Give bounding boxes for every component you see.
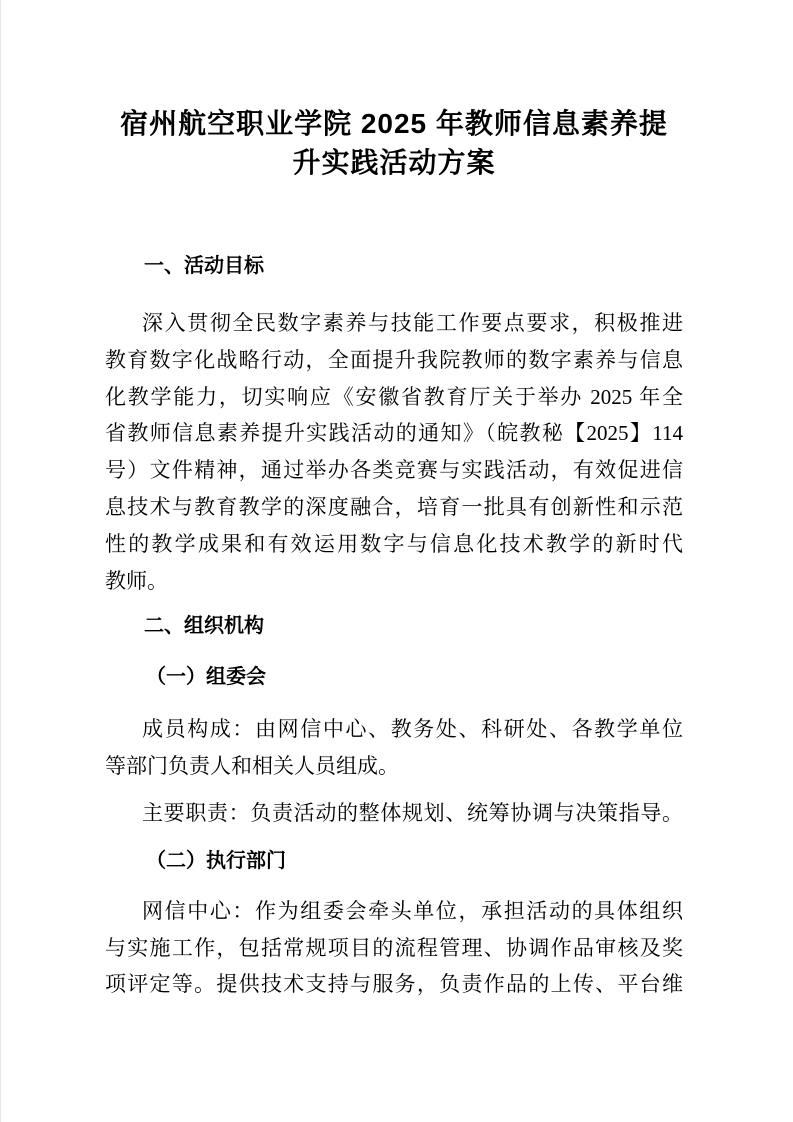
paragraph-line: 与实施工作，包括常规项目的流程管理、协调作品审核及奖 (105, 930, 683, 967)
paragraph-line: 性的教学成果和有效运用数字与信息化技术教学的新时代 (105, 526, 683, 563)
document-title-line-1: 宿州航空职业学院 2025 年教师信息素养提 (105, 104, 683, 143)
paragraph-executive-department: 网信中心：作为组委会牵头单位，承担活动的具体组织 与实施工作，包括常规项目的流程… (105, 893, 683, 1003)
paragraph-line: 项评定等。提供技术支持与服务，负责作品的上传、平台维 (105, 966, 683, 1003)
document-page: 宿州航空职业学院 2025 年教师信息素养提 升实践活动方案 一、活动目标 深入… (0, 0, 793, 1122)
paragraph-line: 成员构成：由网信中心、教务处、科研处、各教学单位 (105, 711, 683, 748)
paragraph-line: 省教师信息素养提升实践活动的通知》（皖教秘【2025】114 (105, 415, 683, 452)
section-heading-activity-goals: 一、活动目标 (105, 248, 683, 285)
paragraph-committee-members: 成员构成：由网信中心、教务处、科研处、各教学单位 等部门负责人和相关人员组成。 (105, 711, 683, 785)
paragraph-line: 网信中心：作为组委会牵头单位，承担活动的具体组织 (105, 893, 683, 930)
section-heading-organization: 二、组织机构 (105, 608, 683, 645)
document-title-line-2: 升实践活动方案 (105, 143, 683, 182)
paragraph-line: 化教学能力，切实响应《安徽省教育厅关于举办 2025 年全 (105, 379, 683, 416)
paragraph-line: 号）文件精神，通过举办各类竞赛与实践活动，有效促进信 (105, 452, 683, 489)
paragraph-line: 息技术与教育教学的深度融合，培育一批具有创新性和示范 (105, 489, 683, 526)
paragraph-committee-duties: 主要职责：负责活动的整体规划、统筹协调与决策指导。 (105, 795, 683, 832)
paragraph-line: 教育数字化战略行动，全面提升我院教师的数字素养与信息 (105, 342, 683, 379)
paragraph-line: 主要职责：负责活动的整体规划、统筹协调与决策指导。 (105, 795, 683, 832)
paragraph-activity-goals: 深入贯彻全民数字素养与技能工作要点要求，积极推进 教育数字化战略行动，全面提升我… (105, 305, 683, 599)
subsection-heading-executive-department: （二）执行部门 (105, 843, 683, 880)
paragraph-line: 等部门负责人和相关人员组成。 (105, 748, 683, 785)
paragraph-line: 教师。 (105, 563, 683, 600)
document-title: 宿州航空职业学院 2025 年教师信息素养提 升实践活动方案 (105, 104, 683, 182)
document-content: 宿州航空职业学院 2025 年教师信息素养提 升实践活动方案 一、活动目标 深入… (1, 0, 793, 1003)
subsection-heading-committee: （一）组委会 (105, 659, 683, 696)
paragraph-line: 深入贯彻全民数字素养与技能工作要点要求，积极推进 (105, 305, 683, 342)
